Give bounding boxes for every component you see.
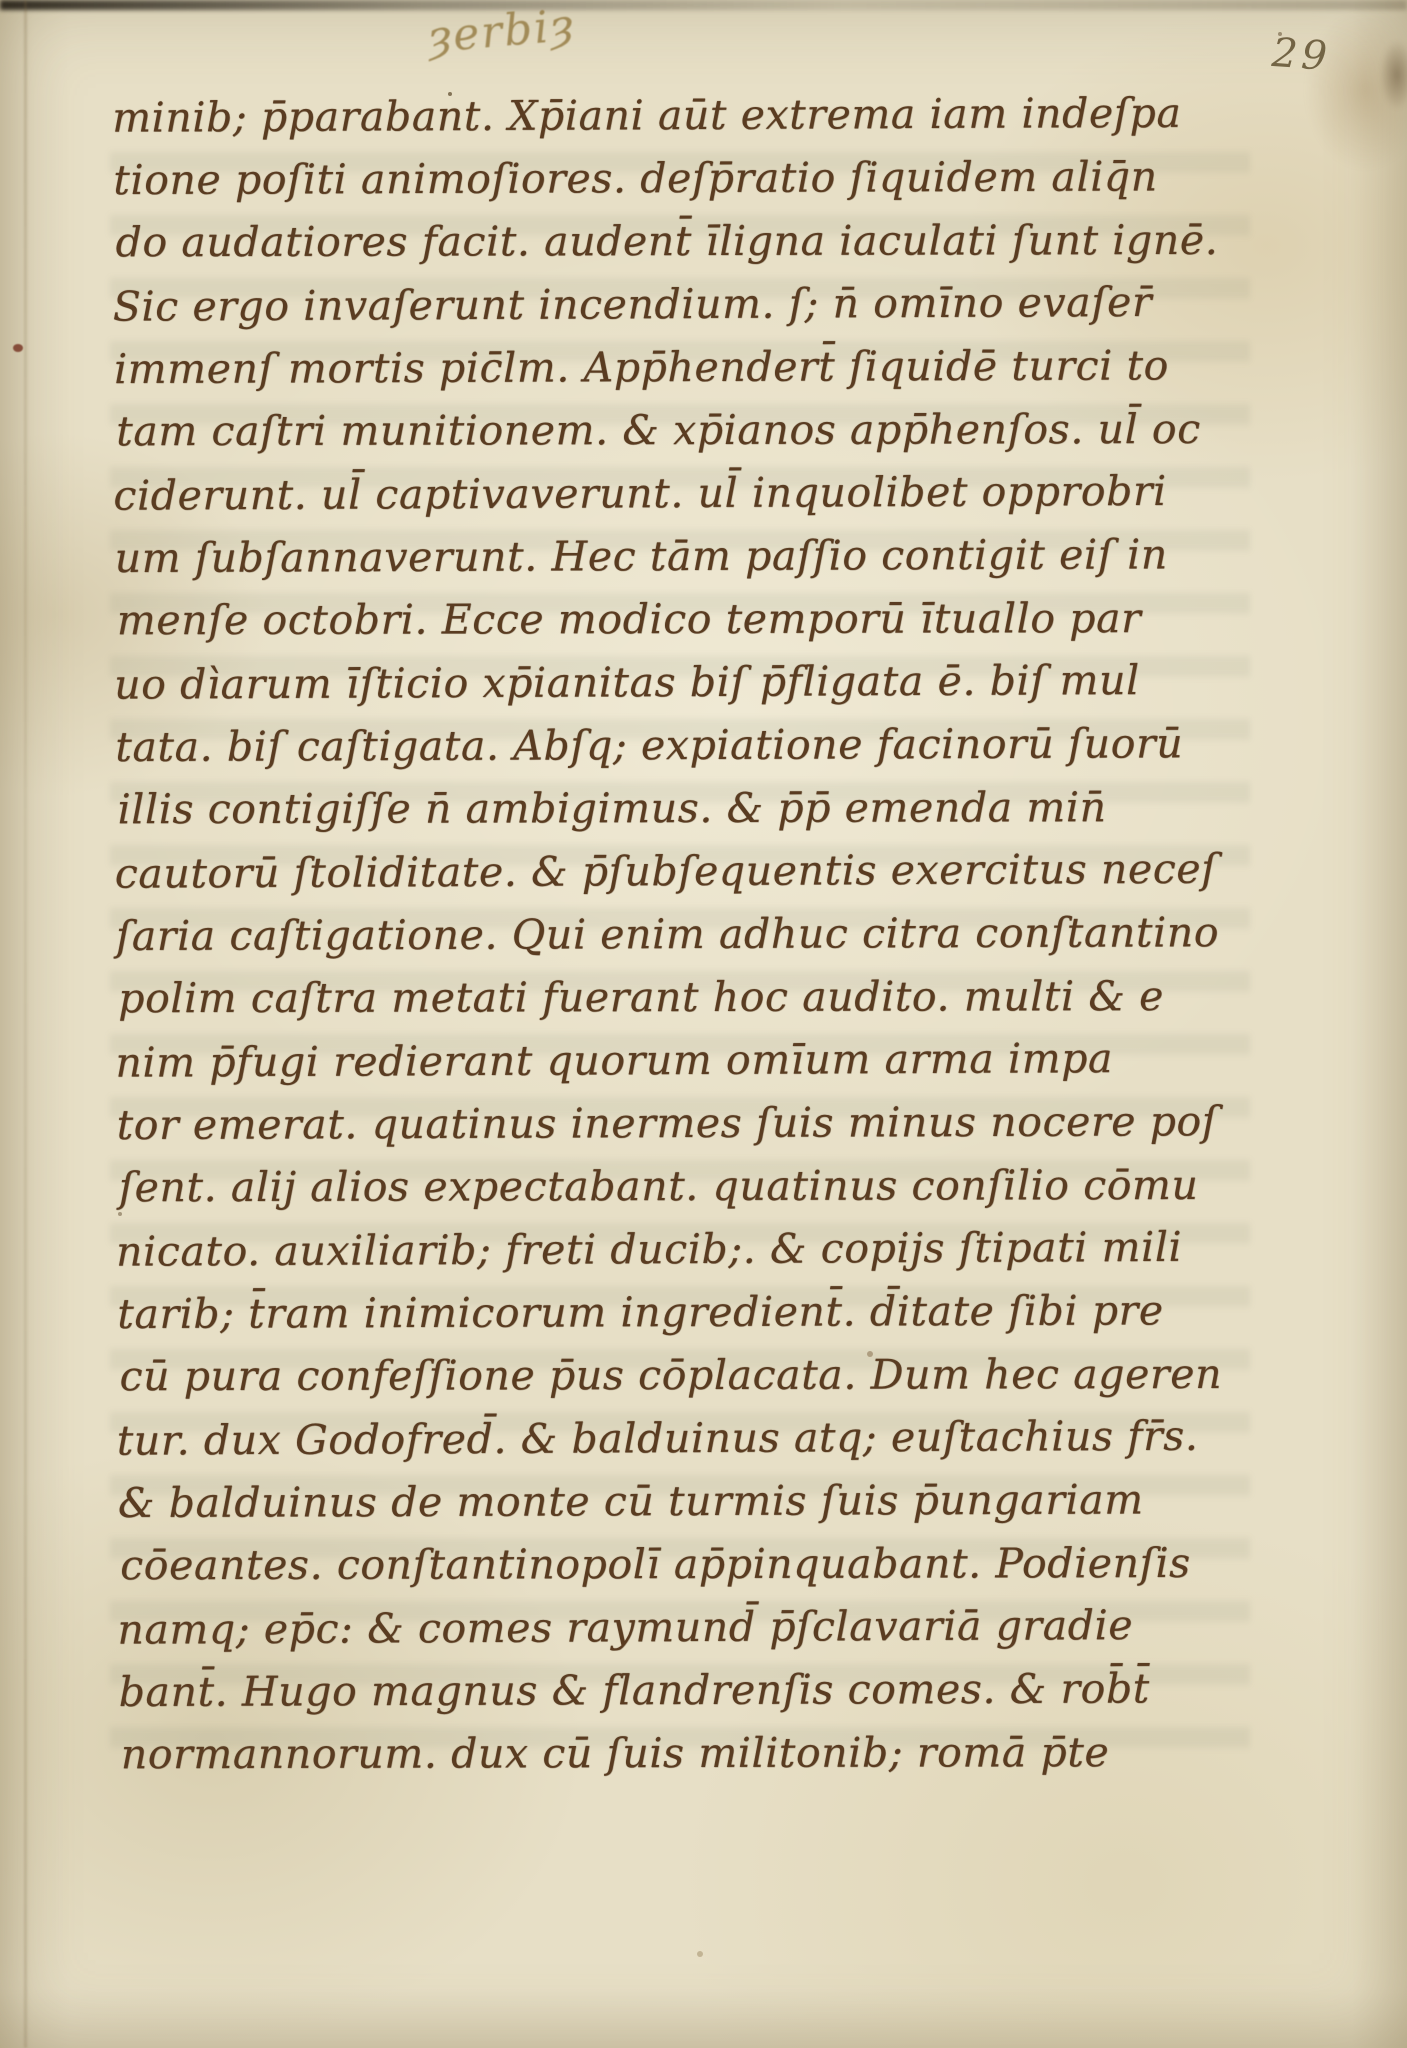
text-line: tur. dux Godofred̄. & balduinus atq; euſ… [117,1404,1297,1472]
photo-top-edge-shadow [0,0,1407,10]
text-line: illis contigiſſe n̄ ambigimus. & p̄p̄ em… [117,776,1297,841]
text-line: ſaria caſtigatione. Qui enim adhuc citra… [116,901,1296,968]
text-line: normannorum. dux cū ſuis militonib; romā… [121,1721,1301,1786]
text-block: minib; p̄parabant. Xp̄iani aūt extrema i… [113,82,1299,1787]
text-line: cū pura confeſſione p̄us cōplacata. Dum … [119,1343,1299,1408]
text-line: menſe octobri. Ecce modico temporū ītual… [117,587,1297,652]
text-line: & balduinus de monte cū turmis ſuis p̄un… [118,1468,1298,1535]
text-line: do audatiores facit. audent̄ īligna iacu… [116,209,1296,274]
text-line: uo dìarum īſticio xp̄ianitas biſ p̄fliga… [114,648,1294,716]
text-line: um ſubſannaverunt. Hec tām paſſio contig… [115,523,1295,590]
bottom-shade [1147,1628,1407,2048]
text-line: Sic ergo invaſerunt incendium. ſ; n̄ omī… [113,270,1293,338]
text-line: ſent. alij alios expectabant. quatinus c… [119,1154,1299,1219]
edge-smudge [1380,40,1407,110]
text-line: nicato. auxiliarib; freti ducib;. & copi… [116,1215,1296,1283]
text-line: tor emerat. quatinus inermes ſuis minus … [117,1090,1297,1157]
margin-ink-dot [13,344,23,352]
text-line: tam caſtri munitionem. & xp̄ianos app̄he… [116,398,1296,463]
text-line: minib; p̄parabant. Xp̄iani aūt extrema i… [112,81,1292,149]
text-line: namq; ep̄c: & comes raymund̄ p̄ſclavariā… [117,1593,1297,1661]
folio-number: 29 [1270,30,1332,80]
text-line: cautorū ſtoliditate. & p̄ſubſequentis ex… [115,837,1295,905]
text-line: tione poſiti animoſiores. deſp̄ratio ſiq… [113,145,1293,212]
text-line: cōeantes. conſtantinopolī ap̄pinquabant.… [120,1532,1300,1597]
text-line: polim caſtra metati fuerant hoc audito. … [118,965,1298,1030]
text-line: bant̄. Hugo magnus & flandrenſis comes. … [119,1657,1299,1724]
text-line: immenſ mortis pic̄lm. App̄hendert̄ ſiqui… [114,334,1294,401]
parchment-page: ȝerbiȝ 29 minib; p̄parabant. Xp̄iani aūt… [0,0,1407,2048]
text-line: tata. biſ caſtigata. Abſq; expiatione fa… [115,712,1295,779]
text-line: tarib; t̄ram inimicorum ingredient̄. d̄i… [117,1279,1297,1346]
header-scribble-annotation: ȝerbiȝ [426,0,577,63]
text-line: nim p̄fugi redierant quorum omīum arma i… [115,1026,1295,1094]
parchment-fold-line [24,0,27,2048]
text-line: ciderunt. ul̄ captivaverunt. ul̄ inquoli… [113,459,1293,527]
